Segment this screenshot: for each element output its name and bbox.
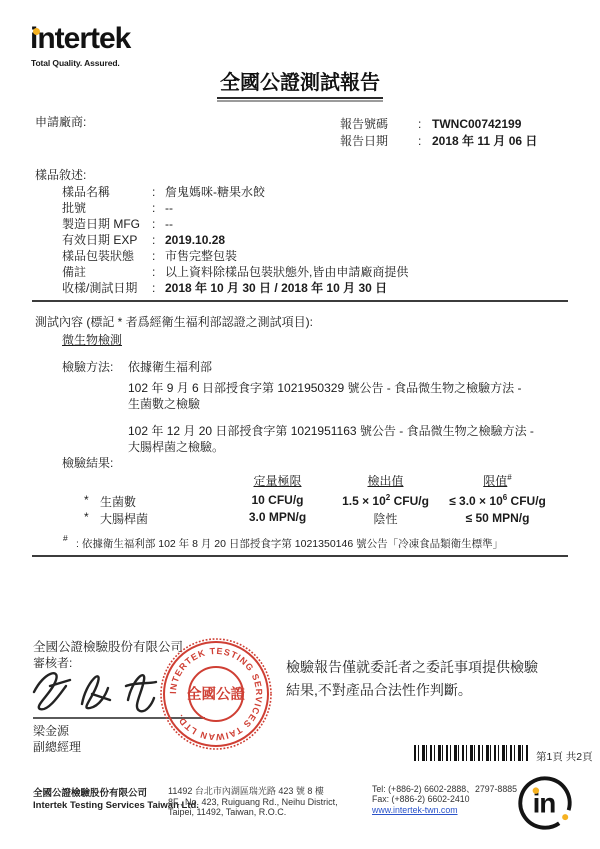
colon: : [418, 134, 432, 148]
sample-row-batch: 批號:-- [62, 199, 173, 216]
report-date-value: 2018 年 11 月 06 日 [432, 134, 537, 148]
limit-value: ≤ 50 MPN/g [425, 510, 570, 525]
company-stamp-icon: INTERTEK TESTING SERVICES TAIWAN LTD. 全國… [158, 636, 274, 752]
divider [32, 300, 568, 302]
sample-row-remark: 備註:以上資料除樣品包裝狀態外,皆由申請廠商提供 [62, 263, 408, 280]
col-header-limit: 限值# [425, 472, 570, 489]
colon: : [152, 249, 165, 263]
batch-value: -- [165, 201, 173, 215]
test-category: 微生物檢測 [62, 331, 122, 348]
logo-yellow-dot-icon [33, 28, 40, 35]
footer-website-link[interactable]: www.intertek-twn.com [372, 805, 517, 815]
colon: : [152, 265, 165, 279]
exp-value: 2019.10.28 [165, 233, 225, 247]
report-date-row: 報告日期:2018 年 11 月 06 日 [340, 132, 537, 149]
method-label: 檢驗方法: [62, 358, 113, 375]
sample-row-mfg: 製造日期 MFG:-- [62, 215, 173, 232]
disclaimer-line-2: 結果,不對產品合法性作判斷。 [286, 679, 586, 702]
certified-mark: * [84, 493, 89, 507]
sample-row-exp: 有效日期 EXP:2019.10.28 [62, 231, 225, 248]
result-row-ecoli: * 大腸桿菌 3.0 MPN/g 陰性 ≤ 50 MPN/g [0, 510, 600, 526]
colon: : [152, 281, 165, 295]
remark-value: 以上資料除樣品包裝狀態外,皆由申請廠商提供 [165, 265, 408, 279]
divider [32, 555, 568, 557]
intertek-logo: intertek [30, 22, 130, 56]
method-source: 依據衛生福利部 [128, 358, 212, 375]
disclaimer-line-1: 檢驗報告僅就委託者之委託事項提供檢驗 [286, 656, 586, 679]
footer-tel: Tel: (+886-2) 6602-2888、2797-8885 [372, 784, 517, 794]
sample-section-heading: 樣品敘述: [35, 166, 86, 183]
result-row-plate-count: * 生菌數 10 CFU/g 1.5 × 102 CFU/g ≤ 3.0 × 1… [0, 493, 600, 509]
certified-mark: * [84, 510, 89, 524]
sample-row-name: 樣品名稱:詹鬼媽咪-糖果水餃 [62, 183, 265, 200]
method-1-line-1: 102 年 9 月 6 日部授食字第 1021950329 號公告 - 食品微生… [128, 379, 521, 396]
colon: : [418, 117, 432, 131]
results-header-row: 定量極限 檢出值 限值# [0, 472, 600, 488]
method-2-line-1: 102 年 12 月 20 日部授食字第 1021951163 號公告 - 食品… [128, 422, 534, 439]
footnote-text: : 依據衛生福利部 102 年 8 月 20 日部授食字第 1021350146… [76, 536, 503, 551]
page-title: 全國公證測試報告 [217, 66, 383, 99]
footnote-mark: # [63, 533, 68, 543]
report-date-label: 報告日期 [340, 132, 418, 149]
report-number-value: TWNC00742199 [432, 117, 521, 131]
sample-row-packaging: 樣品包裝狀態:市售完整包裝 [62, 247, 237, 264]
packaging-value: 市售完整包裝 [165, 249, 237, 263]
footer-contact: Tel: (+886-2) 6602-2888、2797-8885 Fax: (… [372, 784, 517, 815]
footer-fax: Fax: (+886-2) 6602-2410 [372, 794, 517, 804]
sample-name-value: 詹鬼媽咪-糖果水餃 [165, 185, 265, 199]
receive-test-date-value: 2018 年 10 月 30 日 / 2018 年 10 月 30 日 [165, 281, 387, 295]
intertek-circle-logo-icon: in [516, 774, 574, 832]
colon: : [152, 233, 165, 247]
barcode-icon [414, 745, 528, 761]
title-row: 全國公證測試報告 [0, 66, 600, 99]
page-indicator: 第1頁 共2頁 [536, 749, 593, 764]
test-section-heading: 測試內容 (標記 * 者爲經衛生福利部認證之測試項目): [35, 313, 313, 330]
applicant-label: 申請廠商: [35, 113, 86, 130]
colon: : [152, 201, 165, 215]
footer-address: 11492 台北市內湖區瑞光路 423 號 8 樓 8F., No. 423, … [168, 786, 338, 818]
footer-address-en-1: 8F., No. 423, Ruiguang Rd., Neihu Distri… [168, 797, 338, 808]
report-page: intertek Total Quality. Assured. 全國公證測試報… [0, 0, 600, 849]
results-heading: 檢驗結果: [62, 454, 113, 471]
method-2-line-2: 大腸桿菌之檢驗。 [128, 438, 224, 455]
colon: : [152, 185, 165, 199]
signer-title: 副總經理 [33, 738, 81, 755]
report-number-row: 報告號碼:TWNC00742199 [340, 115, 521, 132]
signer-name: 梁金源 [33, 722, 69, 739]
sample-row-dates: 收樣/測試日期:2018 年 10 月 30 日 / 2018 年 10 月 3… [62, 279, 387, 296]
disclaimer: 檢驗報告僅就委託者之委託事項提供檢驗 結果,不對產品合法性作判斷。 [286, 656, 586, 702]
report-number-label: 報告號碼 [340, 115, 418, 132]
footer-address-zh: 11492 台北市內湖區瑞光路 423 號 8 樓 [168, 786, 338, 797]
limit-value: ≤ 3.0 × 106 CFU/g [425, 493, 570, 508]
test-item: 生菌數 [100, 493, 136, 510]
mfg-value: -- [165, 217, 173, 231]
method-1-line-2: 生菌數之檢驗 [128, 395, 200, 412]
footer-address-en-2: Taipei, 11492, Taiwan, R.O.C. [168, 807, 338, 818]
colon: : [152, 217, 165, 231]
stamp-center-text: 全國公證 [187, 685, 245, 703]
test-item: 大腸桿菌 [100, 510, 148, 527]
